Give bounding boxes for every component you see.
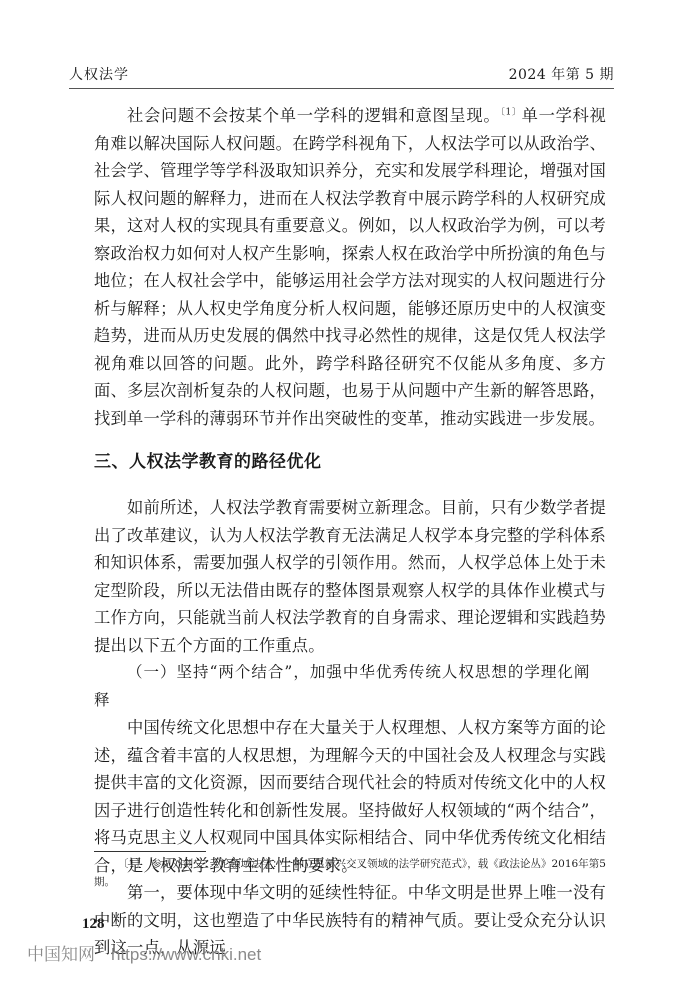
page-number: 128 (82, 916, 105, 933)
footnote-text: 〔1〕 参见刘剑文：《论领域法学：一种立足新兴交叉领域的法学研究范式》，载《政法… (94, 855, 606, 891)
issue-label: 2024 年第 5 期 (509, 64, 614, 84)
watermark-name: 中国知网 (27, 945, 95, 964)
journal-title: 人权法学 (69, 64, 129, 84)
section-heading: 三、人权法学教育的路径优化 (94, 449, 606, 476)
footnote-divider (94, 851, 206, 852)
subsection-heading: （一）坚持“两个结合”，加强中华优秀传统人权思想的学理化阐释 (94, 659, 606, 714)
paragraph-text: 单一学科视角难以解决国际人权问题。在跨学科视角下，人权法学可以从政治学、社会学、… (94, 106, 606, 428)
footnote: 〔1〕 参见刘剑文：《论领域法学：一种立足新兴交叉领域的法学研究范式》，载《政法… (94, 855, 606, 891)
article-body: 社会问题不会按某个单一学科的逻辑和意图呈现。〔1〕单一学科视角难以解决国际人权问… (94, 102, 606, 962)
paragraph: 社会问题不会按某个单一学科的逻辑和意图呈现。〔1〕单一学科视角难以解决国际人权问… (94, 102, 606, 432)
footnote-ref[interactable]: 〔1〕 (500, 108, 521, 118)
watermark: 中国知网https://www.cnki.net (27, 940, 261, 965)
paragraph-text: 社会问题不会按某个单一学科的逻辑和意图呈现。 (127, 106, 500, 125)
paragraph: 如前所述，人权法学教育需要树立新理念。目前，只有少数学者提出了改革建议，认为人权… (94, 494, 606, 659)
running-header: 人权法学 2024 年第 5 期 (69, 62, 614, 86)
header-divider (69, 88, 614, 89)
watermark-url: https://www.cnki.net (111, 945, 261, 964)
